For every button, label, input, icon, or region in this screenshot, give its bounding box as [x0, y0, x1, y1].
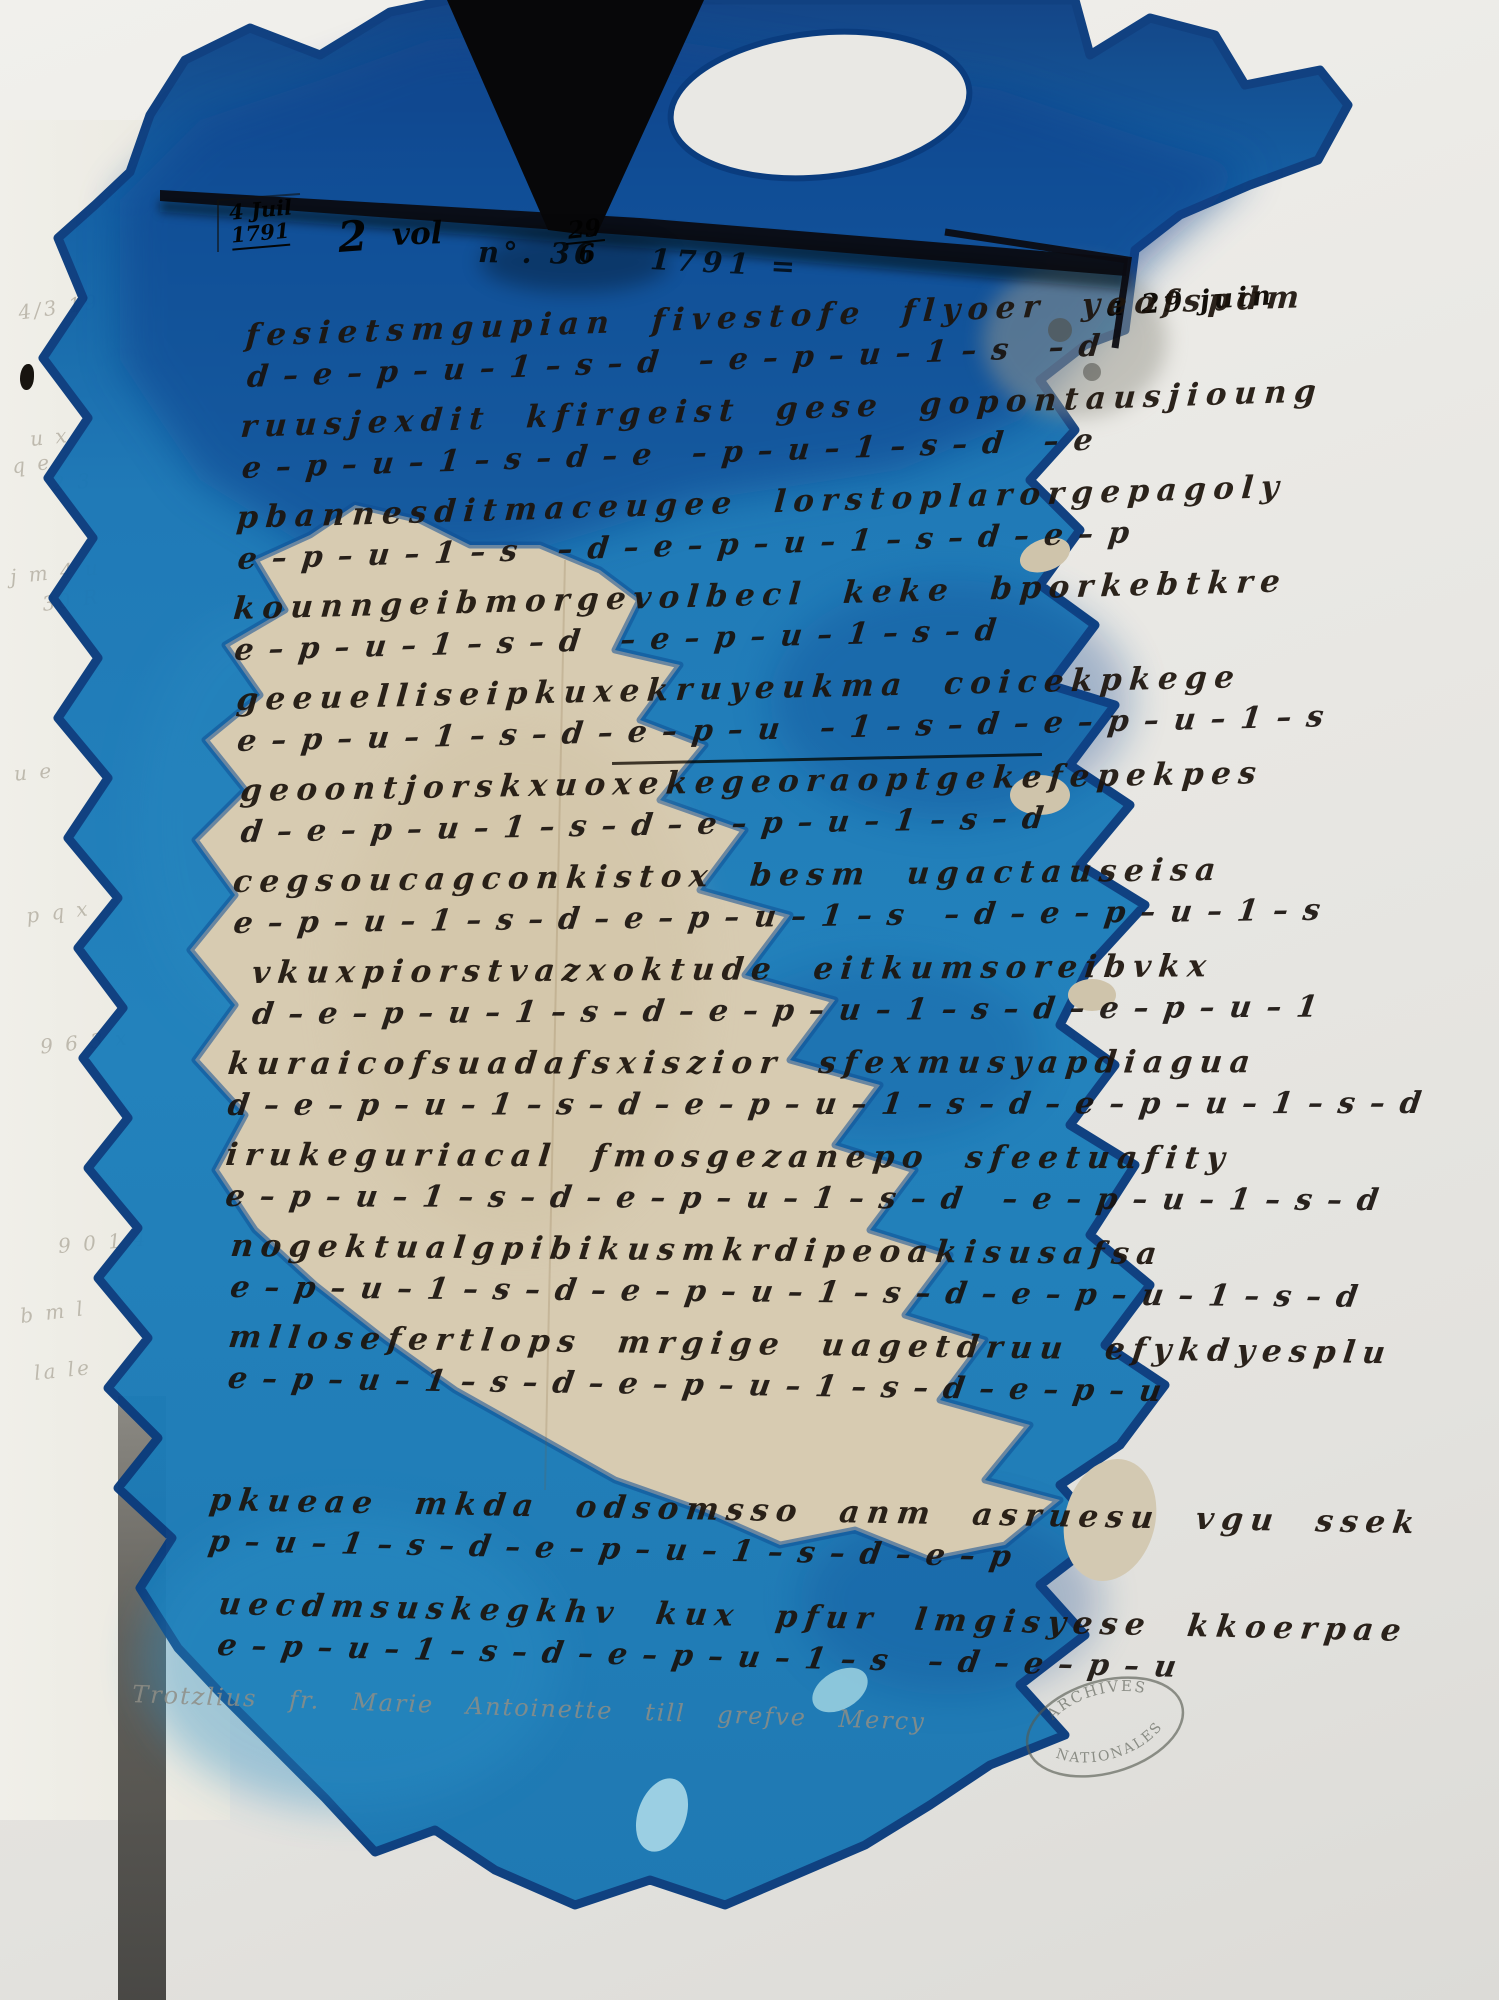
archive-note-date: 4 Juil 1791 — [228, 195, 295, 246]
cipher-line-pair: cegsoucagconkistox besm ugactauseisae–p–… — [233, 851, 1335, 941]
archive-note-volume: vol — [391, 215, 443, 253]
cipher-line-pair: vkuxpiorstvazxoktude eitkumsoreibvkxd–e–… — [252, 947, 1332, 1032]
key-line: d–e–p–u–1–s–d–e–p–u–1–s–d–e–p–u–1–s–d — [226, 1086, 1439, 1123]
grey-spot — [1083, 363, 1101, 381]
cipher-line-pair: kuraicofsuadafsxiszior sfexmusyapdiaguad… — [228, 1044, 1436, 1123]
archive-note-fraction: 29 6 — [564, 216, 608, 267]
cipher-line: kuraicofsuadafsxiszior sfexmusyapdiagua — [226, 1044, 1438, 1082]
cipher-line-pair: mllosefertlops mrgige uagetdruu efykdyes… — [228, 1319, 1393, 1412]
archive-note-date-line2: 1791 — [230, 218, 291, 251]
cipher-line-pair: nogektualgpibikusmkrdipeoakisusafsae–p–u… — [230, 1228, 1372, 1315]
cipher-line-pair: irukeguriacal fmosgezanepo sfeetuafitye–… — [226, 1137, 1394, 1218]
key-line: e–p–u–1–s–d–e–p–u–1–s–d –e–p–u–1–s–d — [223, 1179, 1395, 1218]
cipher-line: irukeguriacal fmosgezanepo sfeetuafity — [224, 1137, 1395, 1177]
archive-note-big-digit: 2 — [336, 211, 369, 262]
cipher-line: vkuxpiorstvazxoktude eitkumsoreibvkx — [250, 947, 1333, 991]
photograph: 4/3 19u xq e2 3j m 4 u30 Ru ep q x9 6 3 … — [0, 0, 1499, 2000]
fraction-denominator: 6 — [577, 238, 597, 269]
